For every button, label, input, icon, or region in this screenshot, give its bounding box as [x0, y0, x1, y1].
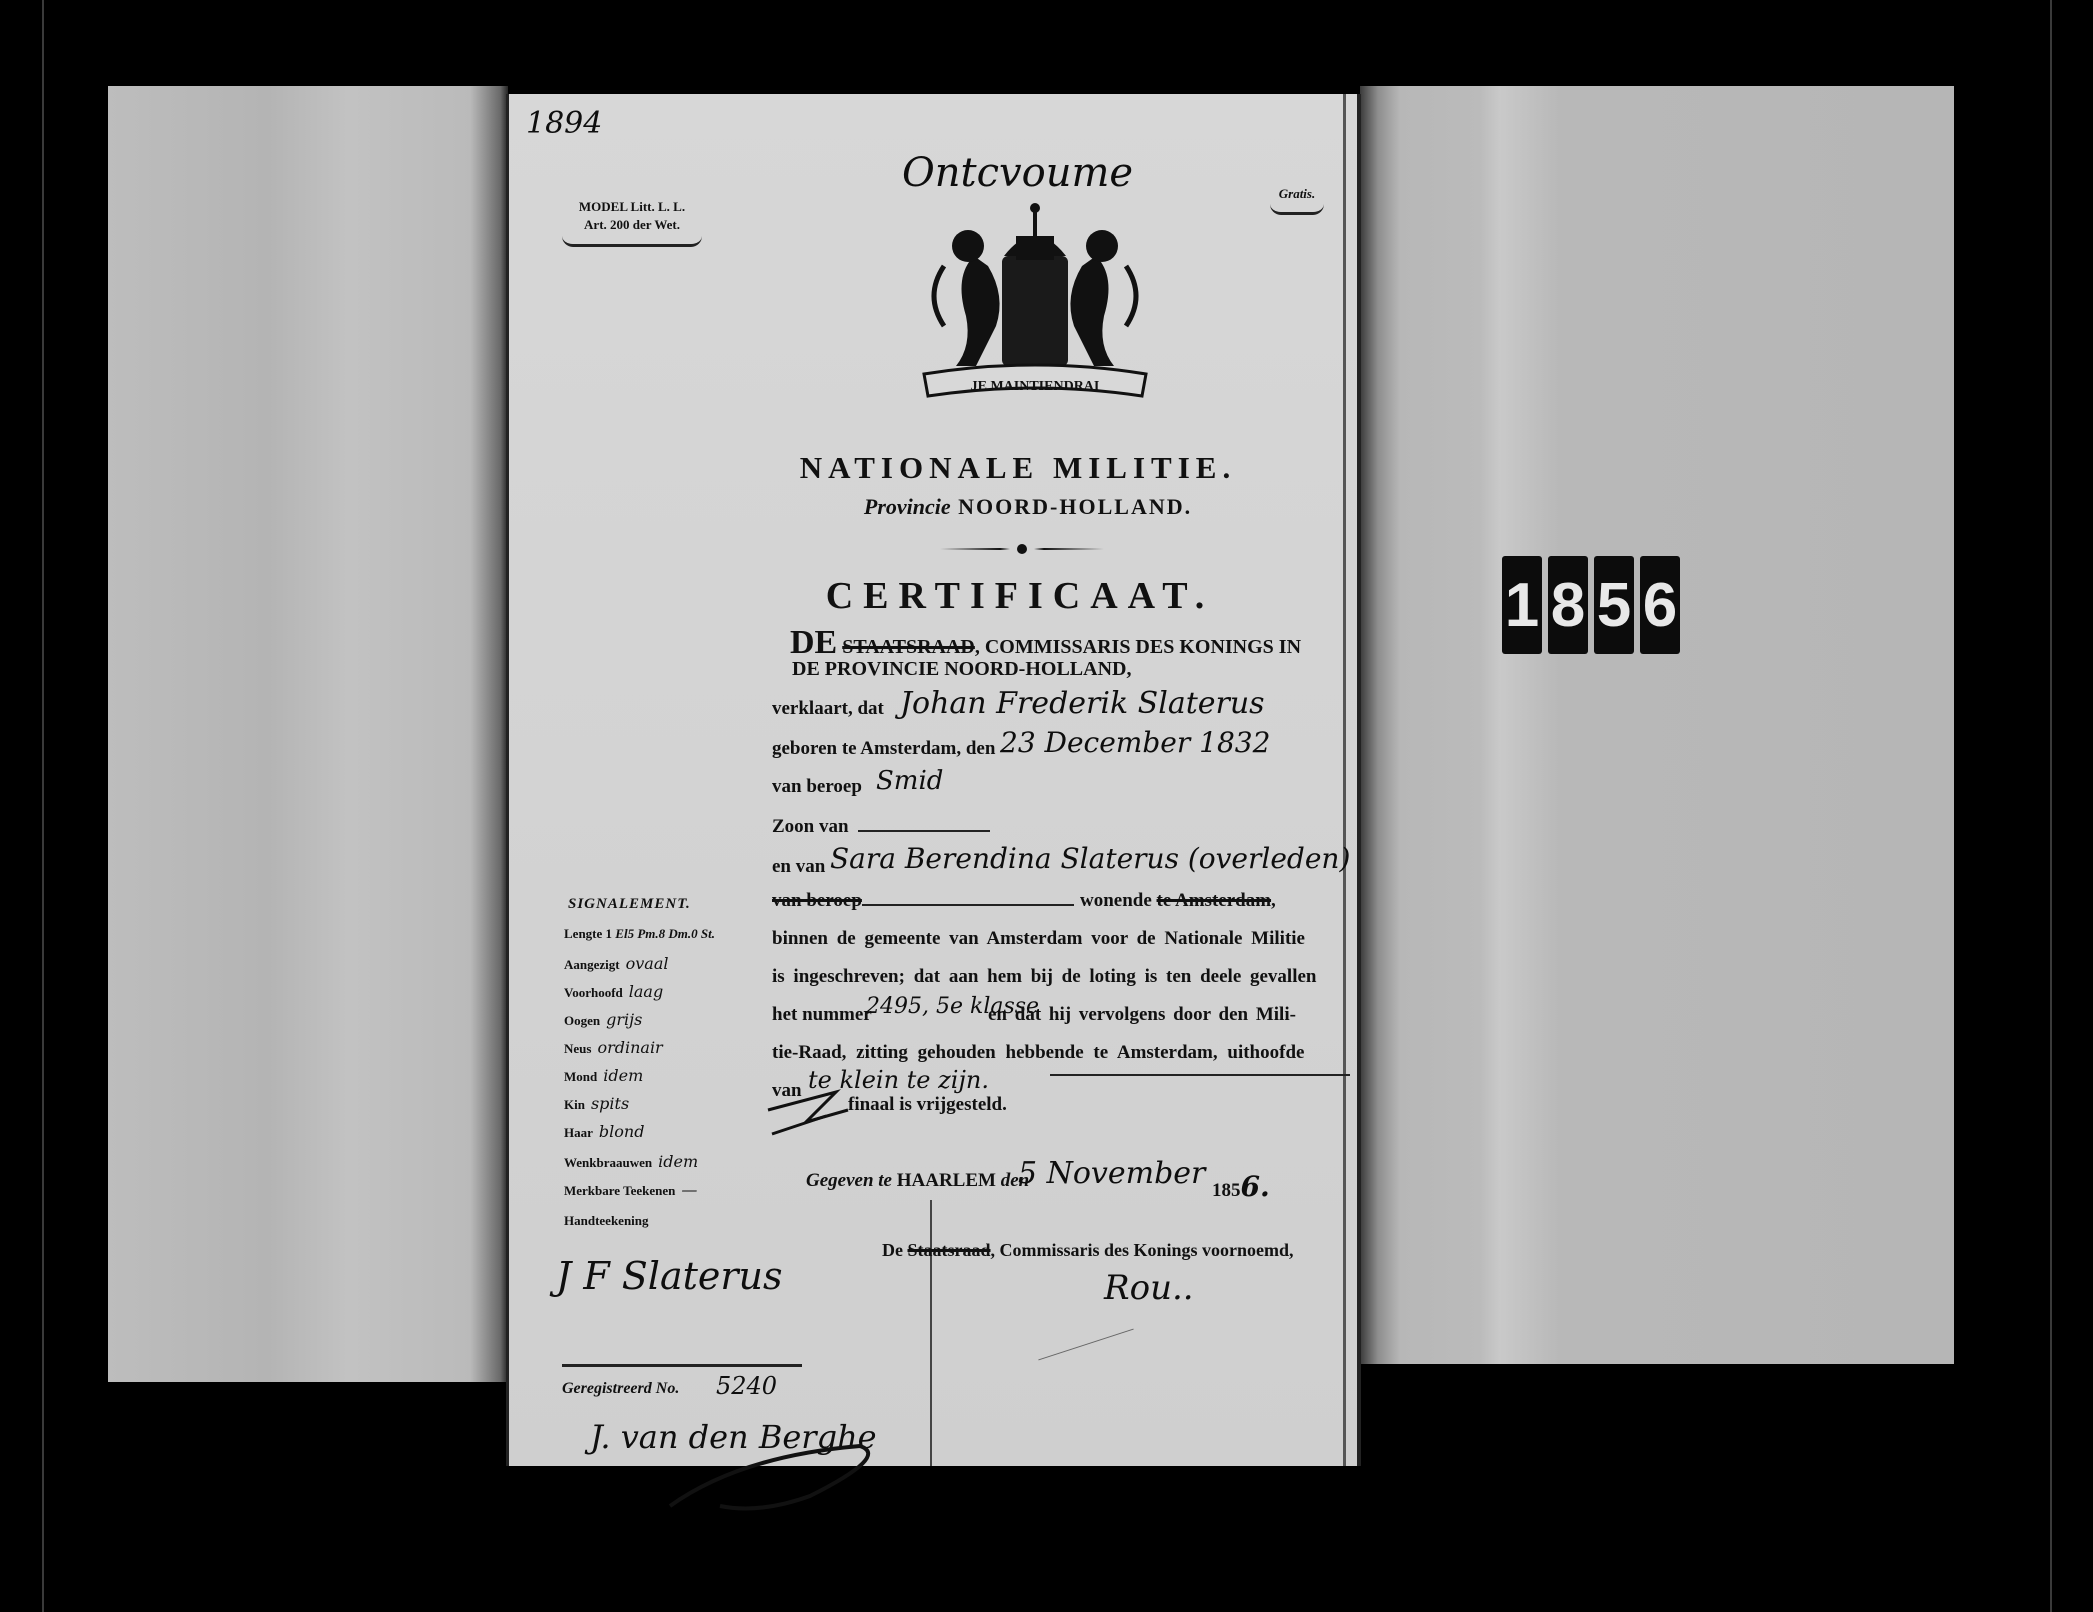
closing-struck: Staatsraad	[908, 1240, 991, 1260]
signalement-row: Aangezigtovaal	[564, 954, 668, 973]
row-value: idem	[658, 1152, 698, 1171]
struck-staatsraad: STAATSRAAD	[842, 636, 975, 658]
year-digit: 8	[1548, 556, 1588, 654]
number-label: het nummer	[772, 1004, 872, 1026]
given-line: Gegeven te HAARLEM den	[806, 1170, 1029, 1192]
row-label: Haar	[564, 1125, 593, 1140]
gratis-text: Gratis.	[1270, 186, 1324, 202]
closing-line: De Staatsraad, Commissaris des Konings v…	[882, 1240, 1294, 1261]
residing-row: wonende te Amsterdam,	[1080, 890, 1276, 912]
fold-shadow	[470, 86, 508, 1382]
signalement-row: Kinspits	[564, 1094, 629, 1113]
row-value: —	[681, 1180, 697, 1199]
given-city: HAARLEM	[897, 1170, 996, 1191]
province-name: NOORD-HOLLAND.	[958, 494, 1192, 519]
raad-line: tie-Raad, zitting gehouden hebbende te A…	[772, 1042, 1304, 1064]
row-label: Voorhoofd	[564, 985, 623, 1000]
residing-label: wonende	[1080, 890, 1152, 911]
given-prefix: Gegeven te	[806, 1170, 892, 1191]
registered-label: Geregistreerd No.	[562, 1380, 679, 1398]
registered-number: 5240	[716, 1372, 777, 1400]
row-label: Oogen	[564, 1013, 600, 1028]
year-printed: 185	[1212, 1180, 1241, 1201]
year-digit: 1	[1502, 556, 1542, 654]
exempt-line: finaal is vrijgesteld.	[848, 1094, 1007, 1116]
born-label: geboren te Amsterdam, den	[772, 738, 995, 760]
row-value: ordinair	[597, 1038, 662, 1057]
and-of-label: en van	[772, 856, 825, 878]
row-label: Mond	[564, 1069, 597, 1084]
archive-year-stamp: 1 8 5 6	[1502, 556, 1680, 654]
issue-year: 1856.	[1212, 1170, 1270, 1203]
film-edge-left	[42, 0, 44, 1612]
signalement-row: Voorhoofdlaag	[564, 982, 663, 1001]
commissioner-signature: Rou..	[1104, 1268, 1194, 1308]
row-label: Merkbare Teekenen	[564, 1183, 675, 1198]
brace-ornament	[1270, 204, 1324, 215]
intro-line-2: DE PROVINCIE NOORD-HOLLAND,	[792, 658, 1131, 681]
svg-text:JE MAINTIENDRAI: JE MAINTIENDRAI	[971, 379, 1100, 394]
occupation-value: Smid	[876, 766, 943, 796]
residing-struck: te Amsterdam	[1157, 890, 1272, 911]
registration-rule	[562, 1364, 802, 1367]
length-el: El5	[615, 926, 634, 941]
row-label: Aangezigt	[564, 957, 620, 972]
closing-rest: , Commissaris des Konings voornoemd,	[991, 1240, 1294, 1260]
occupation-label: van beroep	[772, 776, 862, 798]
divider-ornament-icon	[940, 544, 1104, 554]
heading-nationale-militie: NATIONALE MILITIE.	[768, 450, 1268, 486]
body-line-2: is ingeschreven; dat aan hem bij de loti…	[772, 966, 1317, 988]
length-dm: Dm.0 St.	[668, 926, 715, 941]
intro-line-1: DE STAATSRAAD, COMMISSARIS DES KONINGS I…	[790, 624, 1301, 662]
brace-ornament	[562, 236, 702, 247]
length-pm: Pm.8	[637, 926, 665, 941]
province-line: Provincie NOORD-HOLLAND.	[768, 494, 1288, 520]
row-value: idem	[603, 1066, 643, 1085]
signalement-row: Wenkbraauwenidem	[564, 1152, 698, 1171]
row-label: Kin	[564, 1097, 585, 1112]
row-label: Wenkbraauwen	[564, 1155, 652, 1170]
closing-de: De	[882, 1240, 903, 1260]
mother-occupation-blank	[862, 904, 1074, 906]
mother-name: Sara Berendina Slaterus (overleden)	[830, 842, 1350, 875]
province-label: Provincie	[864, 494, 951, 519]
model-line-2: Art. 200 der Wet.	[562, 216, 702, 234]
verklaart-label: verklaart, dat	[772, 698, 884, 720]
body-line-1: binnen de gemeente van Amsterdam voor de…	[772, 928, 1305, 950]
signalement-row: Handteekening	[564, 1210, 655, 1229]
signalement-row: Mondidem	[564, 1066, 643, 1085]
holder-name: Johan Frederik Slaterus	[900, 686, 1265, 721]
mother-occupation-row: van beroep	[772, 890, 862, 912]
certificate-title: CERTIFICAAT.	[760, 574, 1280, 618]
signalement-row: Neusordinair	[564, 1038, 663, 1057]
signalement-row: Oogengrijs	[564, 1010, 642, 1029]
length-label: Lengte 1	[564, 926, 612, 941]
model-label: MODEL Litt. L. L. Art. 200 der Wet.	[562, 198, 702, 247]
birth-date: 23 December 1832	[1000, 726, 1270, 759]
issue-date: 5 November	[1018, 1156, 1205, 1191]
row-value: laag	[629, 982, 663, 1001]
reason-blank	[1050, 1074, 1350, 1076]
residing-comma: ,	[1271, 890, 1276, 911]
signalement-row: Haarblond	[564, 1122, 644, 1141]
father-blank	[858, 830, 990, 832]
row-value: ovaal	[626, 954, 669, 973]
folder-number: 1894	[526, 106, 602, 141]
year-digit: 6	[1640, 556, 1680, 654]
top-annotation: Ontcvoume	[902, 150, 1133, 196]
mother-occupation-label: van beroep	[772, 890, 862, 911]
row-label: Neus	[564, 1041, 591, 1056]
page-edge-rule	[1343, 94, 1346, 1466]
intro-de: DE	[790, 624, 837, 661]
son-of-label: Zoon van	[772, 816, 849, 838]
flourish-icon	[766, 1086, 850, 1136]
intro-rest: , COMMISSARIS DES KONINGS IN	[975, 636, 1301, 658]
row-value: spits	[591, 1094, 629, 1113]
year-digit: 5	[1594, 556, 1634, 654]
row-value: blond	[599, 1122, 645, 1141]
length-row: Lengte 1 El5 Pm.8 Dm.0 St.	[564, 926, 715, 942]
signalement-title: SIGNALEMENT.	[568, 896, 691, 913]
gratis-label: Gratis.	[1270, 186, 1324, 215]
holder-signature: J F Slaterus	[556, 1254, 783, 1298]
folder-left-flap	[108, 86, 508, 1382]
coat-of-arms-icon: JE MAINTIENDRAI	[904, 196, 1166, 410]
signalement-row: Merkbare Teekenen—	[564, 1180, 697, 1199]
folder-right-flap	[1360, 86, 1954, 1364]
film-edge-right	[2050, 0, 2052, 1612]
year-handwritten: 6.	[1241, 1170, 1270, 1203]
row-value: grijs	[606, 1010, 642, 1029]
row-label: Handteekening	[564, 1213, 649, 1228]
number-after: en dat hij vervolgens door den Mili-	[988, 1004, 1296, 1026]
model-line-1: MODEL Litt. L. L.	[562, 198, 702, 216]
signature-flourish-icon	[660, 1436, 890, 1516]
